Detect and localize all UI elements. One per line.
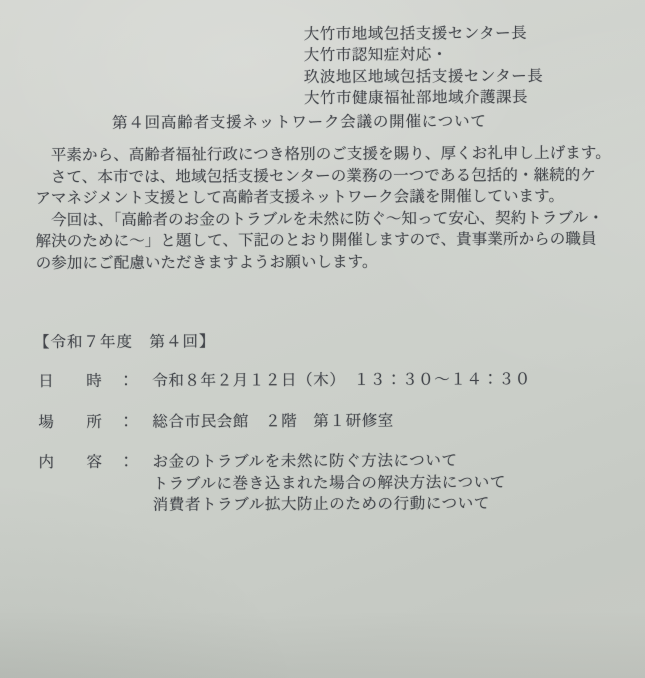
body-line: さて、本市では、地域包括支援センターの業務の一つである包括的・継続的ケ [35, 164, 620, 188]
document-sheet: 大竹市地域包括支援センター長 大竹市認知症対応・ 玖波地区地域包括支援センター長… [0, 0, 645, 678]
datetime-value: 令和８年２月１２日（木） １３：３０～１４：３０ [152, 369, 531, 392]
content-line: トラブルに巻き込まれた場合の解決方法について [153, 472, 506, 495]
place-label: 場 所 ： [38, 412, 134, 434]
recipient-line: 大竹市健康福祉部地域介護課長 [304, 87, 543, 109]
datetime-label: 日 時 ： [38, 371, 134, 393]
body-paragraphs: 平素から、高齢者福祉行政につき格別のご支援を賜り、厚くお礼申し上げます。 さて、… [35, 143, 621, 275]
place-value: 総合市民会館 ２階 第１研修室 [152, 411, 394, 434]
body-line: アマネジメント支援として高齢者支援ネットワーク会議を開催しています。 [35, 186, 620, 210]
content-label: 内 容 ： [38, 452, 134, 474]
recipient-line: 大竹市認知症対応・ [304, 44, 543, 66]
recipient-line: 玖波地区地域包括支援センター長 [304, 66, 543, 88]
body-line: の参加にご配慮いただきますようお願いします。 [36, 250, 621, 274]
content-row: 内 容 ： お金のトラブルを未然に防ぐ方法について トラブルに巻き込まれた場合の… [38, 450, 506, 517]
body-line: 平素から、高齢者福祉行政につき格別のご支援を賜り、厚くお礼申し上げます。 [35, 143, 620, 167]
place-row: 場 所 ： 総合市民会館 ２階 第１研修室 [38, 411, 394, 434]
content-line: 消費者トラブル拡大防止のための行動について [153, 493, 506, 516]
document-photo: 大竹市地域包括支援センター長 大竹市認知症対応・ 玖波地区地域包括支援センター長… [0, 0, 645, 678]
body-line: 解決のために～」と題して、下記のとおり開催しますので、貴事業所からの職員 [36, 229, 621, 253]
session-label: 【令和７年度 第４回】 [34, 329, 216, 352]
content-value-lines: お金のトラブルを未然に防ぐ方法について トラブルに巻き込まれた場合の解決方法につ… [153, 450, 507, 516]
recipient-line: 大竹市地域包括支援センター長 [304, 23, 543, 45]
datetime-row: 日 時 ： 令和８年２月１２日（木） １３：３０～１４：３０ [38, 369, 531, 393]
body-line: 今回は、「高齢者のお金のトラブルを未然に防ぐ～知って安心、契約トラブル・ [35, 207, 620, 231]
content-line: お金のトラブルを未然に防ぐ方法について [153, 450, 506, 473]
recipient-block: 大竹市地域包括支援センター長 大竹市認知症対応・ 玖波地区地域包括支援センター長… [304, 23, 544, 109]
document-title: 第４回高齢者支援ネットワーク会議の開催について [112, 109, 487, 133]
